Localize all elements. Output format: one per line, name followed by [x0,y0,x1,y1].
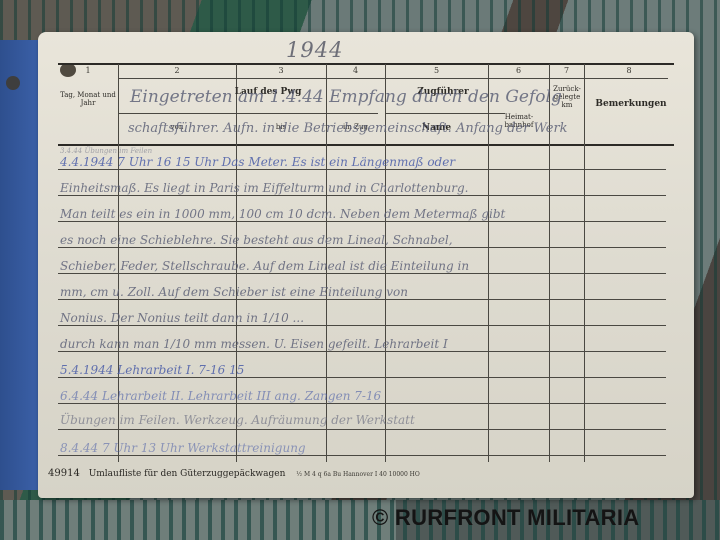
table-top-rule [58,63,674,65]
binder-hole [6,76,20,90]
header-bottom-rule [58,144,674,146]
handwritten-line: 5.4.1944 Lehrarbeit I. 7-16 15 [60,363,244,377]
handwritten-line: Man teilt es ein in 1000 mm, 100 cm 10 d… [60,207,505,221]
column-number-3: 3 [236,66,326,75]
column-number-7: 7 [549,66,584,75]
handwritten-line: Schieber, Feder, Stellschraube. Auf dem … [60,259,469,273]
row-rule [58,273,666,274]
column-number-2: 2 [118,66,236,75]
column-number-5: 5 [385,66,488,75]
handwritten-line: Nonius. Der Nonius teilt dann in 1/10 ..… [60,311,304,325]
document-card: 1944 1 2 3 4 5 6 7 8 [38,32,694,498]
row-rule [58,299,666,300]
column-number-4: 4 [326,66,385,75]
column-number-8: 8 [584,66,674,75]
header-date: Tag, Monat und Jahr [60,91,116,107]
print-info: ½ M 4 q 6a Bu Hannover I 40 10000 HO [296,471,420,478]
row-rule [58,195,666,196]
row-rule [58,247,666,248]
form-number: 49914 [48,468,80,479]
handwritten-line: 6.4.44 Lehrarbeit II. Lehrarbeit III ang… [60,389,381,403]
row-rule [58,169,666,170]
row-rule [58,351,666,352]
row-rule [58,429,666,430]
column-number-6: 6 [488,66,549,75]
form-title: Umlaufliste für den Güterzuggepäckwagen [89,469,286,479]
row-rule [58,377,666,378]
handwritten-line: Übungen im Feilen. Werkzeug. Aufräumung … [60,413,415,427]
handwritten-line: 4.4.1944 7 Uhr 16 15 Uhr Das Meter. Es i… [60,155,455,169]
handwritten-line: 8.4.44 7 Uhr 13 Uhr Werkstattreinigung [60,441,306,455]
row-rule [58,403,666,404]
header-bemerkungen: Bemerkungen [588,99,674,109]
row-rule [58,325,666,326]
log-table: 1 2 3 4 5 6 7 8 Tag, Monat und Jahr Lauf… [58,61,674,481]
handwritten-line: schaftsführer. Aufn. in die Betriebsgeme… [128,121,568,136]
zug-subrule [385,113,505,114]
row-rule [58,455,666,456]
lauf-subrule [118,113,378,114]
handwritten-line: Eingetreten am 1.4.44 Empfang durch den … [130,87,562,107]
colnum-rule [118,78,668,79]
year-annotation: 1944 [286,38,343,62]
row-rule [58,221,666,222]
copyright-watermark: © RURFRONT MILITARIA [372,505,639,531]
handwritten-line: mm, cm u. Zoll. Auf dem Schieber ist ein… [60,285,408,299]
handwritten-line: 3.4.44 Übungen im Feilen [60,147,152,155]
handwritten-line: Einheitsmaß. Es liegt in Paris im Eiffel… [60,181,468,195]
handwritten-line: durch kann man 1/10 mm messen. U. Eisen … [60,337,448,351]
handwritten-line: es noch eine Schieblehre. Sie besteht au… [60,233,453,247]
col-divider [584,64,585,462]
column-number-1: 1 [58,66,118,75]
form-footer: 49914 Umlaufliste für den Güterzuggepäck… [48,468,420,479]
